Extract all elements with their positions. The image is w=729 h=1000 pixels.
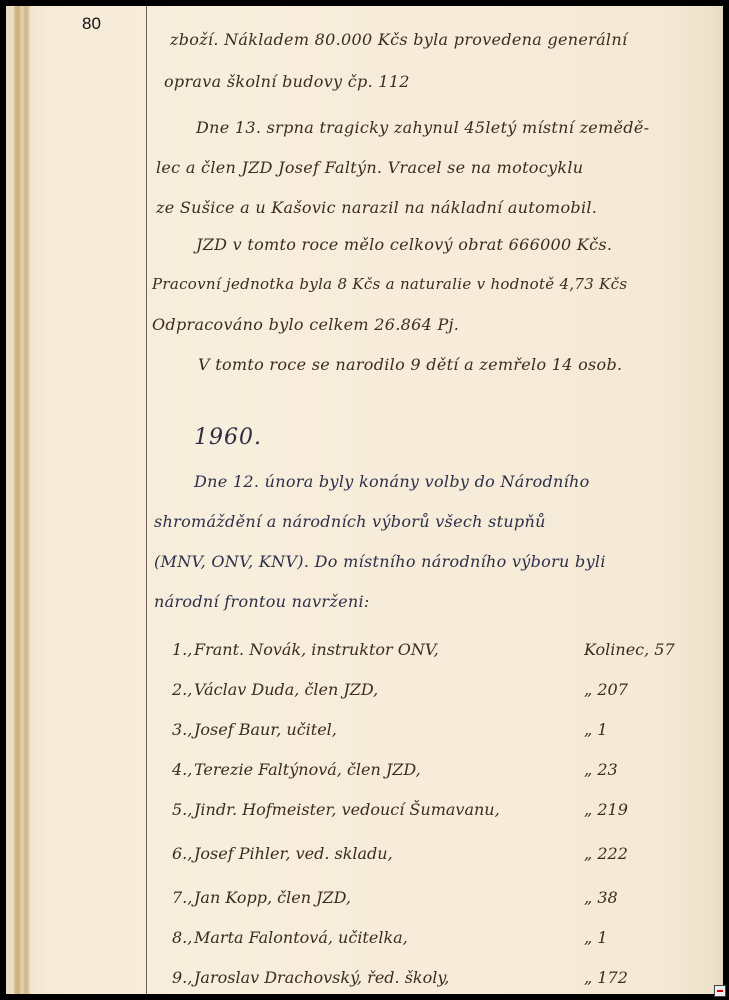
candidate-name: Frant. Novák, instruktor ONV, bbox=[194, 640, 439, 659]
minimize-icon[interactable] bbox=[714, 985, 726, 997]
text-line: Dne 12. února byly konány volby do Národ… bbox=[194, 472, 590, 491]
text-line: zboží. Nákladem 80.000 Kčs byla proveden… bbox=[170, 30, 627, 49]
candidate-number: 9., bbox=[172, 968, 192, 987]
text-line: ze Sušice a u Kašovic narazil na nákladn… bbox=[156, 198, 597, 217]
candidate-number: 7., bbox=[172, 888, 192, 907]
book-binding bbox=[14, 6, 30, 994]
text-line: V tomto roce se narodilo 9 dětí a zemřel… bbox=[198, 355, 622, 374]
candidate-address: „ 38 bbox=[584, 888, 618, 907]
candidate-row: 3., Josef Baur, učitel, „ 1 bbox=[148, 720, 723, 744]
candidate-address: „ 172 bbox=[584, 968, 628, 987]
text-line: (MNV, ONV, KNV). Do místního národního v… bbox=[154, 552, 606, 571]
candidate-name: Terezie Faltýnová, člen JZD, bbox=[194, 760, 421, 779]
candidate-number: 5., bbox=[172, 800, 192, 819]
candidate-row: 9., Jaroslav Drachovský, řed. školy, „ 1… bbox=[148, 968, 723, 992]
candidate-row: 1., Frant. Novák, instruktor ONV, Koline… bbox=[148, 640, 723, 664]
candidate-address: „ 23 bbox=[584, 760, 618, 779]
text-line: shromáždění a národních výborů všech stu… bbox=[154, 512, 546, 531]
image-viewer: 80 zboží. Nákladem 80.000 Kčs byla prove… bbox=[0, 0, 729, 1000]
margin-rule bbox=[146, 6, 147, 994]
candidate-address: Kolinec, 57 bbox=[584, 640, 675, 659]
candidate-number: 1., bbox=[172, 640, 192, 659]
text-line: JZD v tomto roce mělo celkový obrat 6660… bbox=[196, 235, 612, 254]
text-line: Pracovní jednotka byla 8 Kčs a naturalie… bbox=[152, 275, 627, 293]
candidate-name: Josef Pihler, ved. skladu, bbox=[194, 844, 393, 863]
text-line: Dne 13. srpna tragicky zahynul 45letý mí… bbox=[196, 118, 649, 137]
candidate-row: 8., Marta Falontová, učitelka, „ 1 bbox=[148, 928, 723, 952]
candidate-number: 4., bbox=[172, 760, 192, 779]
candidate-address: „ 1 bbox=[584, 928, 608, 947]
text-line: oprava školní budovy čp. 112 bbox=[164, 72, 410, 91]
candidate-row: 4., Terezie Faltýnová, člen JZD, „ 23 bbox=[148, 760, 723, 784]
candidate-number: 8., bbox=[172, 928, 192, 947]
text-line: lec a člen JZD Josef Faltýn. Vracel se n… bbox=[156, 158, 583, 177]
candidate-address: „ 222 bbox=[584, 844, 628, 863]
candidate-address: „ 1 bbox=[584, 720, 608, 739]
candidate-name: Josef Baur, učitel, bbox=[194, 720, 337, 739]
page-number: 80 bbox=[82, 14, 101, 34]
candidate-number: 6., bbox=[172, 844, 192, 863]
candidate-number: 3., bbox=[172, 720, 192, 739]
candidate-row: 5., Jindr. Hofmeister, vedoucí Šumavanu,… bbox=[148, 800, 723, 824]
candidate-name: Jaroslav Drachovský, řed. školy, bbox=[194, 968, 449, 987]
candidate-number: 2., bbox=[172, 680, 192, 699]
candidate-name: Jan Kopp, člen JZD, bbox=[194, 888, 351, 907]
candidate-name: Jindr. Hofmeister, vedoucí Šumavanu, bbox=[194, 800, 500, 819]
candidate-name: Marta Falontová, učitelka, bbox=[194, 928, 408, 947]
candidate-address: „ 207 bbox=[584, 680, 628, 699]
candidate-name: Václav Duda, člen JZD, bbox=[194, 680, 378, 699]
candidate-address: „ 219 bbox=[584, 800, 628, 819]
text-line: národní frontou navrženi: bbox=[154, 592, 370, 611]
candidate-row: 6., Josef Pihler, ved. skladu, „ 222 bbox=[148, 844, 723, 868]
year-heading: 1960. bbox=[194, 425, 262, 450]
text-line: Odpracováno bylo celkem 26.864 Pj. bbox=[152, 315, 459, 334]
candidate-row: 7., Jan Kopp, člen JZD, „ 38 bbox=[148, 888, 723, 912]
candidate-row: 2., Václav Duda, člen JZD, „ 207 bbox=[148, 680, 723, 704]
chronicle-page: 80 zboží. Nákladem 80.000 Kčs byla prove… bbox=[6, 6, 723, 994]
